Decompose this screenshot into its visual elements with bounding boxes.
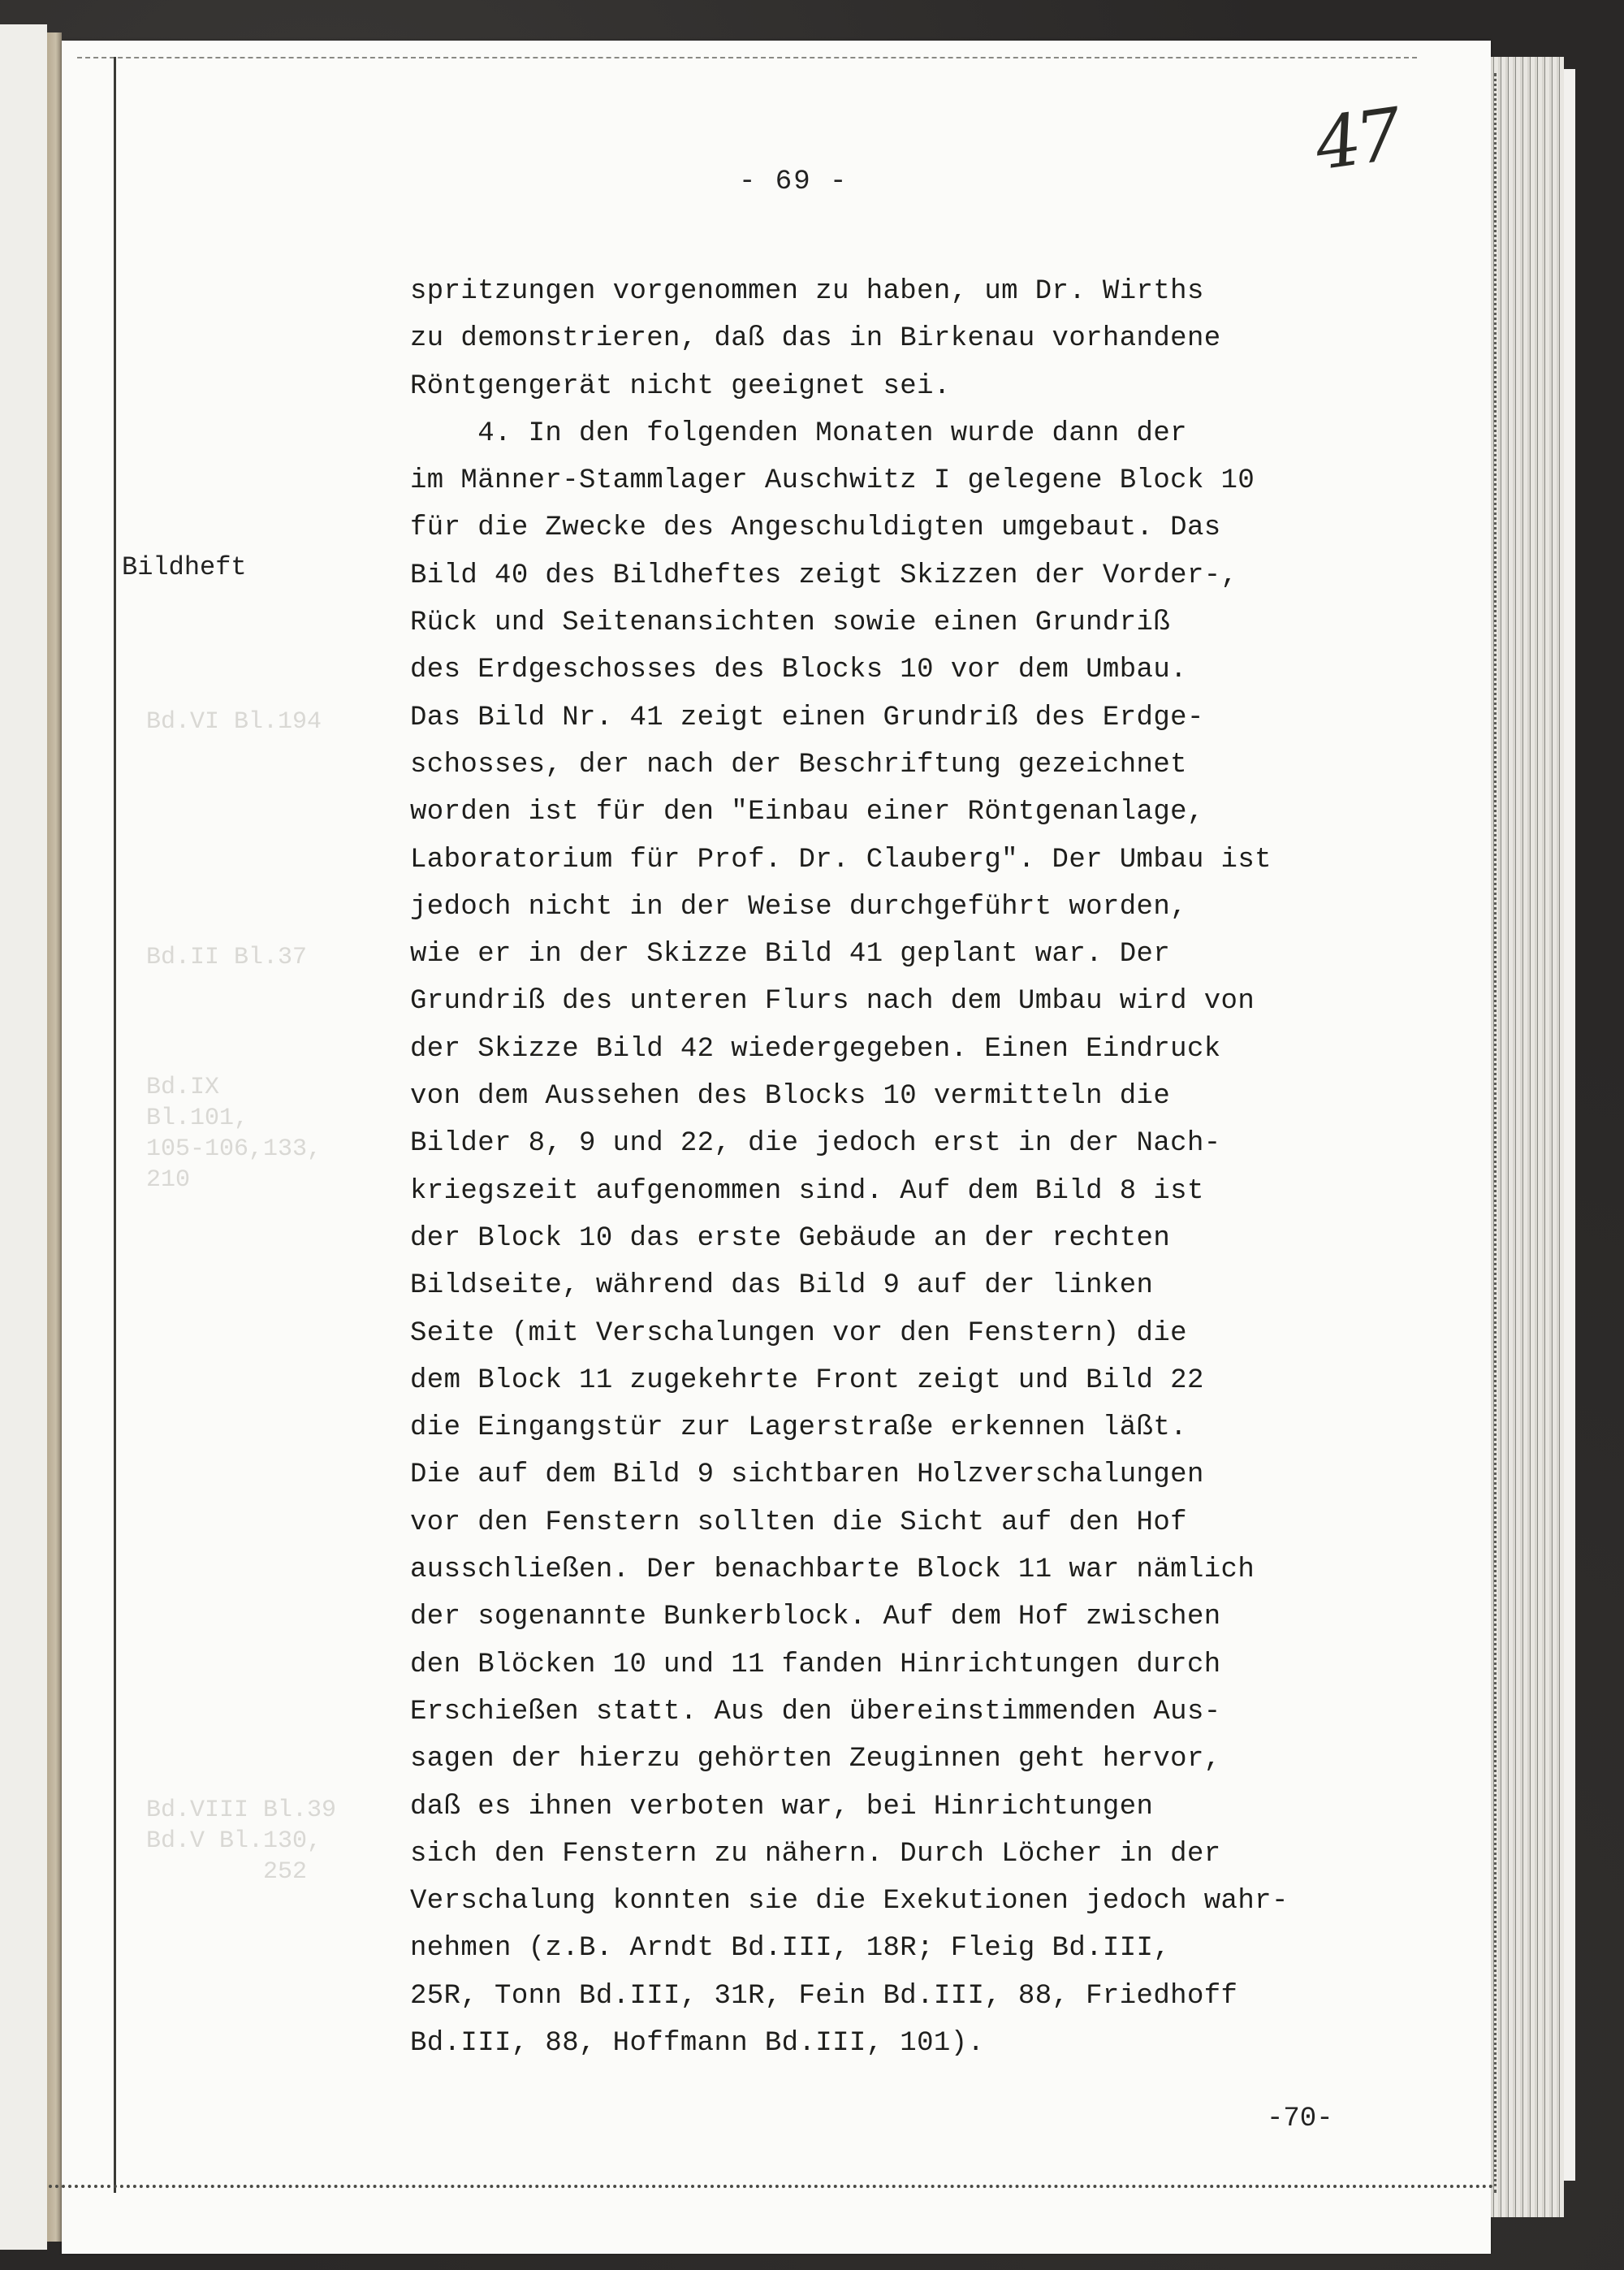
text-line: Bild 40 des Bildheftes zeigt Skizzen der… — [410, 552, 1425, 599]
text-line: vor den Fenstern sollten die Sicht auf d… — [410, 1499, 1425, 1546]
text-line: den Blöcken 10 und 11 fanden Hinrichtung… — [410, 1641, 1425, 1688]
text-line: von dem Aussehen des Blocks 10 vermittel… — [410, 1073, 1425, 1120]
copy-border-top — [77, 57, 1417, 58]
text-line: des Erdgeschosses des Blocks 10 vor dem … — [410, 646, 1425, 694]
copy-border-left — [114, 57, 116, 2193]
text-line: ausschließen. Der benachbarte Block 11 w… — [410, 1546, 1425, 1593]
text-line: die Eingangstür zur Lagerstraße erkennen… — [410, 1404, 1425, 1451]
text-line: zu demonstrieren, daß das in Birkenau vo… — [410, 315, 1425, 362]
body-text: spritzungen vorgenommen zu haben, um Dr.… — [410, 268, 1425, 2067]
text-line: der sogenannte Bunkerblock. Auf dem Hof … — [410, 1593, 1425, 1641]
show-through-note: Bd.IX Bl.101, 105-106,133, 210 — [146, 1072, 322, 1196]
text-line: spritzungen vorgenommen zu haben, um Dr.… — [410, 268, 1425, 315]
text-line: sagen der hierzu gehörten Zeuginnen geht… — [410, 1736, 1425, 1783]
text-line: Das Bild Nr. 41 zeigt einen Grundriß des… — [410, 694, 1425, 742]
text-line: nehmen (z.B. Arndt Bd.III, 18R; Fleig Bd… — [410, 1925, 1425, 1972]
copy-border-bottom — [49, 2185, 1494, 2188]
text-line: Die auf dem Bild 9 sichtbaren Holzversch… — [410, 1451, 1425, 1498]
text-line: Grundriß des unteren Flurs nach dem Umba… — [410, 978, 1425, 1025]
page-stack-edges — [1491, 57, 1564, 2217]
text-line: Rück und Seitenansichten sowie einen Gru… — [410, 599, 1425, 646]
show-through-note: Bd.VI Bl.194 — [146, 707, 322, 737]
show-through-note: Bd.II Bl.37 — [146, 942, 307, 973]
text-line: jedoch nicht in der Weise durchgeführt w… — [410, 884, 1425, 931]
text-line: daß es ihnen verboten war, bei Hinrichtu… — [410, 1784, 1425, 1831]
text-line: Röntgengerät nicht geeignet sei. — [410, 363, 1425, 410]
text-line: 25R, Tonn Bd.III, 31R, Fein Bd.III, 88, … — [410, 1973, 1425, 2020]
text-line: dem Block 11 zugekehrte Front zeigt und … — [410, 1357, 1425, 1404]
text-line: 4. In den folgenden Monaten wurde dann d… — [410, 410, 1425, 457]
handwritten-folio-number: 47 — [1310, 93, 1402, 187]
text-line: kriegszeit aufgenommen sind. Auf dem Bil… — [410, 1168, 1425, 1215]
text-line: für die Zwecke des Angeschuldigten umgeb… — [410, 504, 1425, 551]
text-line: wie er in der Skizze Bild 41 geplant war… — [410, 931, 1425, 978]
text-line: schosses, der nach der Beschriftung geze… — [410, 742, 1425, 789]
copy-border-right — [1494, 73, 1497, 2193]
text-line: Erschießen statt. Aus den übereinstimmen… — [410, 1688, 1425, 1736]
book-spine-edge — [47, 32, 62, 2242]
text-line: worden ist für den "Einbau einer Röntgen… — [410, 789, 1425, 836]
text-line: Bildseite, während das Bild 9 auf der li… — [410, 1262, 1425, 1309]
facing-page — [0, 24, 47, 2250]
page-number: - 69 - — [739, 166, 848, 197]
text-line: der Block 10 das erste Gebäude an der re… — [410, 1215, 1425, 1262]
text-line: Verschalung konnten sie die Exekutionen … — [410, 1878, 1425, 1925]
text-line: Bilder 8, 9 und 22, die jedoch erst in d… — [410, 1120, 1425, 1167]
text-line: sich den Fenstern zu nähern. Durch Löche… — [410, 1831, 1425, 1878]
text-line: Laboratorium für Prof. Dr. Clauberg". De… — [410, 837, 1425, 884]
text-line: der Skizze Bild 42 wiedergegeben. Einen … — [410, 1026, 1425, 1073]
margin-note: Bildheft — [122, 552, 247, 582]
text-line: Bd.III, 88, Hoffmann Bd.III, 101). — [410, 2020, 1425, 2067]
text-line: im Männer-Stammlager Auschwitz I gelegen… — [410, 457, 1425, 504]
continuation-marker: -70- — [1267, 2104, 1333, 2134]
show-through-note: Bd.VIII Bl.39 Bd.V Bl.130, 252 — [146, 1795, 336, 1887]
text-line: Seite (mit Verschalungen vor den Fenster… — [410, 1310, 1425, 1357]
page-stack-outer-edge — [1564, 69, 1575, 2181]
